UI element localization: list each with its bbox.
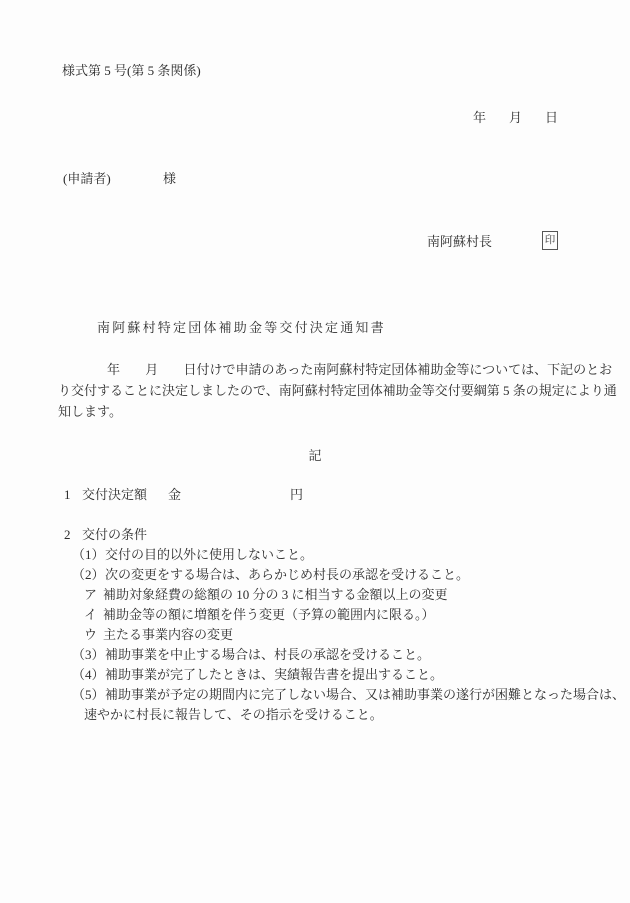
condition-row: （4） 補助事業が完了したときは、実績報告書を提出すること。 bbox=[0, 668, 630, 684]
item-label: 交付決定額 bbox=[82, 488, 147, 502]
document-title: 南阿蘇村特定団体補助金等交付決定通知書 bbox=[97, 321, 386, 335]
honorific-label: 様 bbox=[163, 172, 176, 186]
condition-row: （1） 交付の目的以外に使用しないこと。 bbox=[0, 548, 630, 564]
condition-row: （5） 補助事業が予定の期間内に完了しない場合、又は補助事業の遂行が困難となった… bbox=[0, 688, 630, 704]
condition-subrow: ウ 主たる事業内容の変更 bbox=[0, 628, 630, 644]
year-label: 年 bbox=[473, 111, 486, 125]
amount-unit: 円 bbox=[290, 488, 303, 502]
condition-text: 補助金等の額に増額を伴う変更（予算の範囲内に限る。） bbox=[103, 608, 435, 622]
amount-prefix: 金 bbox=[168, 488, 181, 502]
condition-number: （2） bbox=[72, 568, 105, 582]
condition-number: ウ bbox=[84, 628, 97, 642]
condition-text: 補助事業を中止する場合は、村長の承認を受けること。 bbox=[105, 648, 430, 662]
form-number: 様式第 5 号(第 5 条関係) bbox=[62, 64, 201, 78]
conditions-heading-row: 2 交付の条件 bbox=[0, 528, 630, 544]
condition-number: （1） bbox=[72, 548, 105, 562]
condition-row: （2） 次の変更をする場合は、あらかじめ村長の承認を受けること。 bbox=[0, 568, 630, 584]
item-number: 1 bbox=[64, 488, 71, 502]
condition-number: ア bbox=[84, 588, 97, 602]
date-line: 年 月 日 bbox=[473, 111, 558, 125]
condition-number: （5） bbox=[72, 688, 105, 702]
body-line-1-text: 日付けで申請のあった南阿蘇村特定団体補助金等については、下記のとお bbox=[184, 362, 613, 377]
condition-text: 補助事業が予定の期間内に完了しない場合、又は補助事業の遂行が困難となった場合は、 bbox=[105, 688, 625, 702]
body-year-blank: 年 bbox=[107, 362, 120, 377]
condition-number: イ bbox=[84, 608, 97, 622]
condition-row: （3） 補助事業を中止する場合は、村長の承認を受けること。 bbox=[0, 648, 630, 664]
condition-text: 補助対象経費の総額の 10 分の 3 に相当する金額以上の変更 bbox=[103, 588, 448, 602]
body-line-3: 知します。 bbox=[58, 405, 122, 419]
body-line-1: 年 月 日付けで申請のあった南阿蘇村特定団体補助金等については、下記のとお bbox=[107, 363, 612, 377]
condition-text: 主たる事業内容の変更 bbox=[103, 628, 233, 642]
condition-text: 速やかに村長に報告して、その指示を受けること。 bbox=[84, 708, 383, 722]
record-marker: 記 bbox=[0, 449, 630, 463]
condition-continuation-row: 速やかに村長に報告して、その指示を受けること。 bbox=[0, 708, 630, 724]
item-number: 2 bbox=[64, 528, 71, 542]
body-line-2: り交付することに決定しましたので、南阿蘇村特定団体補助金等交付要綱第 5 条の規… bbox=[58, 384, 617, 398]
month-label: 月 bbox=[509, 111, 522, 125]
document-page: 様式第 5 号(第 5 条関係) 年 月 日 (申請者) 様 南阿蘇村長 印 南… bbox=[0, 0, 630, 903]
item-label: 交付の条件 bbox=[82, 528, 147, 542]
condition-number: （3） bbox=[72, 648, 105, 662]
issuer-title: 南阿蘇村長 bbox=[427, 235, 492, 249]
condition-text: 交付の目的以外に使用しないこと。 bbox=[105, 548, 313, 562]
body-month-blank: 月 bbox=[145, 362, 158, 377]
decided-amount-row: 1 交付決定額 金 円 bbox=[0, 488, 630, 504]
condition-number: （4） bbox=[72, 668, 105, 682]
condition-text: 補助事業が完了したときは、実績報告書を提出すること。 bbox=[105, 668, 443, 682]
applicant-label: (申請者) bbox=[63, 172, 111, 186]
condition-subrow: ア 補助対象経費の総額の 10 分の 3 に相当する金額以上の変更 bbox=[0, 588, 630, 604]
condition-subrow: イ 補助金等の額に増額を伴う変更（予算の範囲内に限る。） bbox=[0, 608, 630, 624]
day-label: 日 bbox=[545, 111, 558, 125]
seal-stamp: 印 bbox=[542, 231, 558, 250]
condition-text: 次の変更をする場合は、あらかじめ村長の承認を受けること。 bbox=[105, 568, 469, 582]
